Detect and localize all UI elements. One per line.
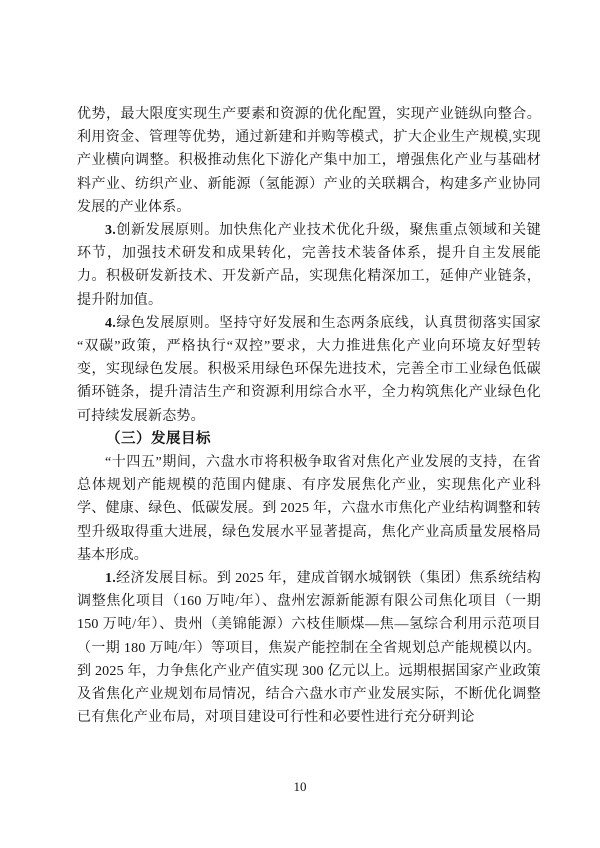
- paragraph-number-prefix: 1.: [105, 571, 116, 586]
- paragraph-text: 绿色发展原则。坚持守好发展和生态两条底线，认真贯彻落实国家“双碳”政策，严格执行…: [77, 316, 541, 424]
- paragraph-number-prefix: 4.: [105, 316, 116, 331]
- paragraph-goals-intro: “十四五”期间，六盘水市将积极争取省对焦化产业发展的支持，在省总体规划产能规模的…: [77, 451, 541, 567]
- paragraph-economic-goal: 1.经济发展目标。到 2025 年，建成首钢水城钢铁（集团）焦系统结构调整焦化项…: [77, 567, 541, 729]
- page-number: 10: [0, 779, 600, 795]
- paragraph-continuation: 优势，最大限度实现生产要素和资源的优化配置，实现产业链纵向整合。利用资金、管理等…: [77, 103, 541, 219]
- paragraph-text: 优势，最大限度实现生产要素和资源的优化配置，实现产业链纵向整合。利用资金、管理等…: [77, 107, 541, 215]
- document-body: 优势，最大限度实现生产要素和资源的优化配置，实现产业链纵向整合。利用资金、管理等…: [77, 103, 541, 729]
- paragraph-text: 经济发展目标。到 2025 年，建成首钢水城钢铁（集团）焦系统结构调整焦化项目（…: [77, 571, 541, 725]
- paragraph-principle-3: 3.创新发展原则。加快焦化产业技术优化升级，聚焦重点领域和关键环节，加强技术研发…: [77, 219, 541, 312]
- document-page: 优势，最大限度实现生产要素和资源的优化配置，实现产业链纵向整合。利用资金、管理等…: [0, 0, 600, 848]
- paragraph-text: 创新发展原则。加快焦化产业技术优化升级，聚焦重点领域和关键环节，加强技术研发和成…: [77, 223, 541, 308]
- paragraph-principle-4: 4.绿色发展原则。坚持守好发展和生态两条底线，认真贯彻落实国家“双碳”政策，严格…: [77, 312, 541, 428]
- paragraph-text: “十四五”期间，六盘水市将积极争取省对焦化产业发展的支持，在省总体规划产能规模的…: [77, 455, 541, 563]
- paragraph-number-prefix: 3.: [105, 223, 116, 238]
- section-heading: （三）发展目标: [77, 428, 541, 451]
